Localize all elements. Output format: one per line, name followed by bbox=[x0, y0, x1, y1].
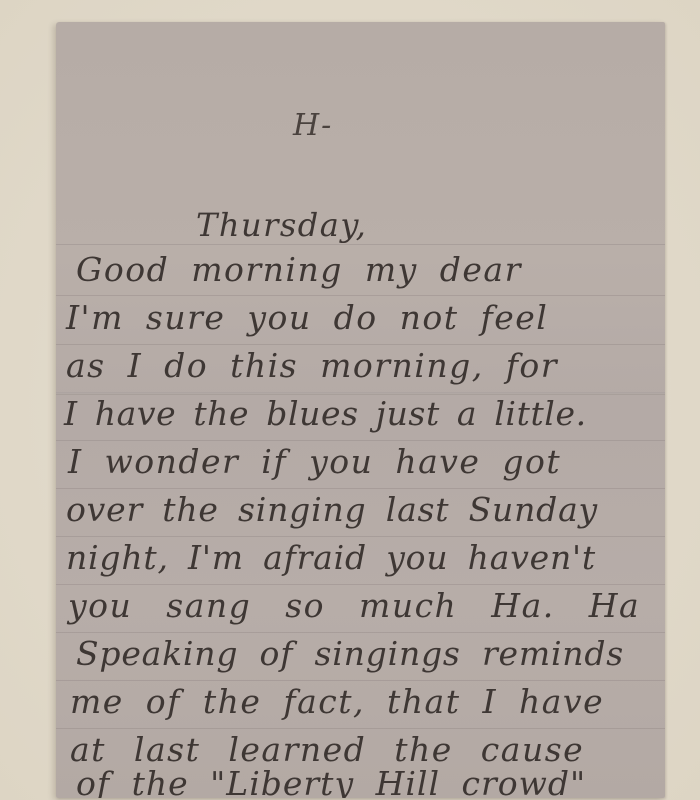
ruled-line bbox=[56, 295, 665, 296]
letter-line-6: over the singing last Sunday bbox=[66, 490, 598, 529]
ruled-line bbox=[56, 244, 665, 245]
ruled-line bbox=[56, 488, 665, 489]
letter-line-12: of the "Liberty Hill crowd" bbox=[76, 764, 586, 798]
ruled-line bbox=[56, 680, 665, 681]
ruled-line bbox=[56, 440, 665, 441]
letter-line-10: me of the fact, that I have bbox=[70, 682, 604, 721]
letter-line-5: I wonder if you have got bbox=[68, 442, 561, 481]
ruled-line bbox=[56, 728, 665, 729]
ruled-line bbox=[56, 632, 665, 633]
letter-line-3: as I do this morning, for bbox=[66, 346, 558, 385]
letter-date-line: Thursday, bbox=[196, 206, 367, 244]
letter-line-4: I have the blues just a little. bbox=[64, 394, 587, 433]
letter-page: H- Thursday, Good morning my dear I'm su… bbox=[56, 22, 665, 798]
ruled-line bbox=[56, 344, 665, 345]
letter-line-7: night, I'm afraid you haven't bbox=[66, 538, 596, 577]
letter-line-1: Good morning my dear bbox=[76, 250, 522, 289]
heading-mark: H- bbox=[293, 108, 333, 143]
letter-line-8: you sang so much Ha. Ha bbox=[68, 586, 640, 625]
letter-line-2: I'm sure you do not feel bbox=[66, 298, 548, 337]
ruled-line bbox=[56, 584, 665, 585]
ruled-line bbox=[56, 536, 665, 537]
letter-line-9: Speaking of singings reminds bbox=[76, 634, 624, 673]
